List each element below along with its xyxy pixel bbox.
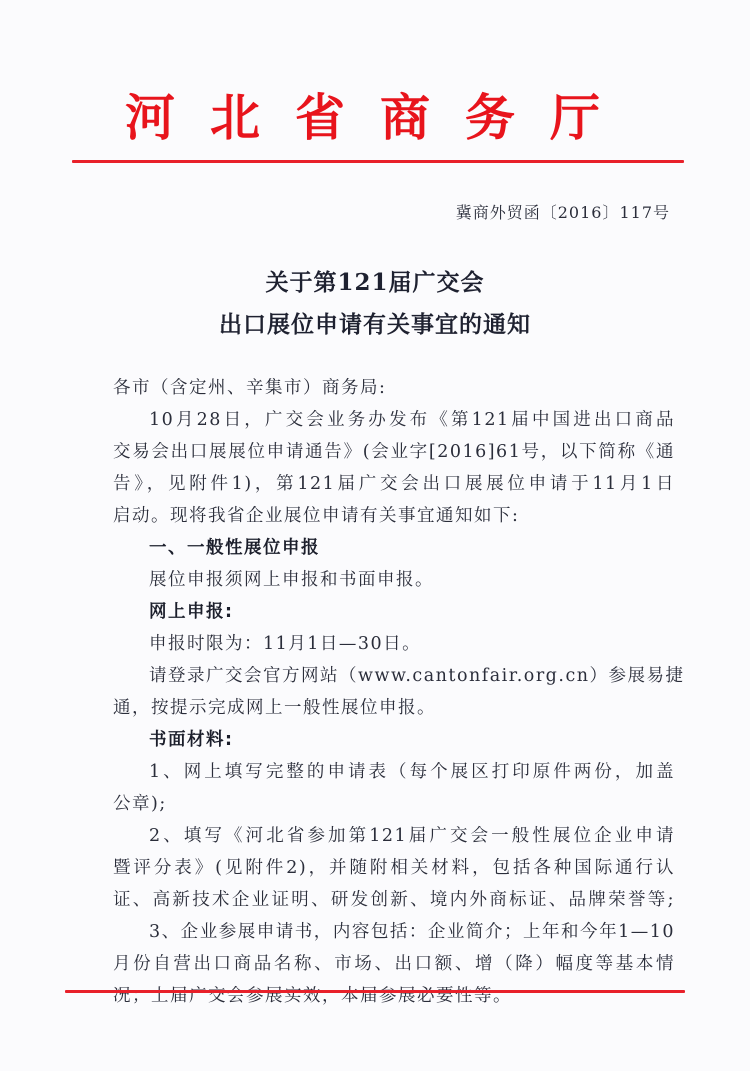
online-application-heading: 网上申报: xyxy=(113,596,675,628)
document-title-line-2: 出口展位申请有关事宜的通知 xyxy=(0,306,750,339)
written-item-3: 月份自营出口商品名称、市场、出口额、增（降）幅度等基本情 xyxy=(113,948,675,980)
online-instructions-line: 请登录广交会官方网站（www.cantonfair.org.cn）参展易捷 xyxy=(113,660,675,692)
written-item-1: 公章); xyxy=(113,788,675,820)
online-application-period: 申报时限为：11月1日—30日。 xyxy=(113,628,675,660)
org-letterhead-title: 河北省商务厅 xyxy=(0,88,750,148)
written-item-2: 暨评分表》(见附件2)，并随附相关材料，包括各种国际通行认 xyxy=(113,852,675,884)
section-heading-general-booth: 一、一般性展位申报 xyxy=(113,532,675,564)
intro-line: 启动。现将我省企业展位申请有关事宜通知如下: xyxy=(113,500,675,532)
written-item-1: 1、网上填写完整的申请表（每个展区打印原件两份，加盖 xyxy=(113,756,675,788)
footer-red-rule xyxy=(65,990,685,993)
intro-line: 告》，见附件1)，第121届广交会出口展展位申请于11月1日 xyxy=(113,468,675,500)
document-number: 冀商外贸函〔2016〕117号 xyxy=(456,200,670,223)
written-item-2: 2、填写《河北省参加第121届广交会一般性展位企业申请 xyxy=(113,820,675,852)
written-item-3: 3、企业参展申请书，内容包括：企业简介；上年和今年1—10 xyxy=(113,916,675,948)
document-title-line-1: 关于第121届广交会 xyxy=(0,264,750,297)
letterhead-red-rule xyxy=(72,160,684,163)
written-materials-heading: 书面材料: xyxy=(113,724,675,756)
intro-line: 交易会出口展展位申请通告》(会业字[2016]61号，以下简称《通 xyxy=(113,436,675,468)
section-intro: 展位申报须网上申报和书面申报。 xyxy=(113,564,675,596)
document-body: 各市（含定州、辛集市）商务局: 10月28日，广交会业务办发布《第121届中国进… xyxy=(113,372,675,1012)
salutation: 各市（含定州、辛集市）商务局: xyxy=(113,372,675,404)
online-instructions-line: 通，按提示完成网上一般性展位申报。 xyxy=(113,692,675,724)
written-item-2: 证、高新技术企业证明、研发创新、境内外商标证、品牌荣誉等; xyxy=(113,884,675,916)
document-page: 河北省商务厅 冀商外贸函〔2016〕117号 关于第121届广交会 出口展位申请… xyxy=(0,0,750,1071)
intro-line: 10月28日，广交会业务办发布《第121届中国进出口商品 xyxy=(113,404,675,436)
written-item-3: 况；上届广交会参展实效，本届参展必要性等。 xyxy=(113,980,675,1012)
